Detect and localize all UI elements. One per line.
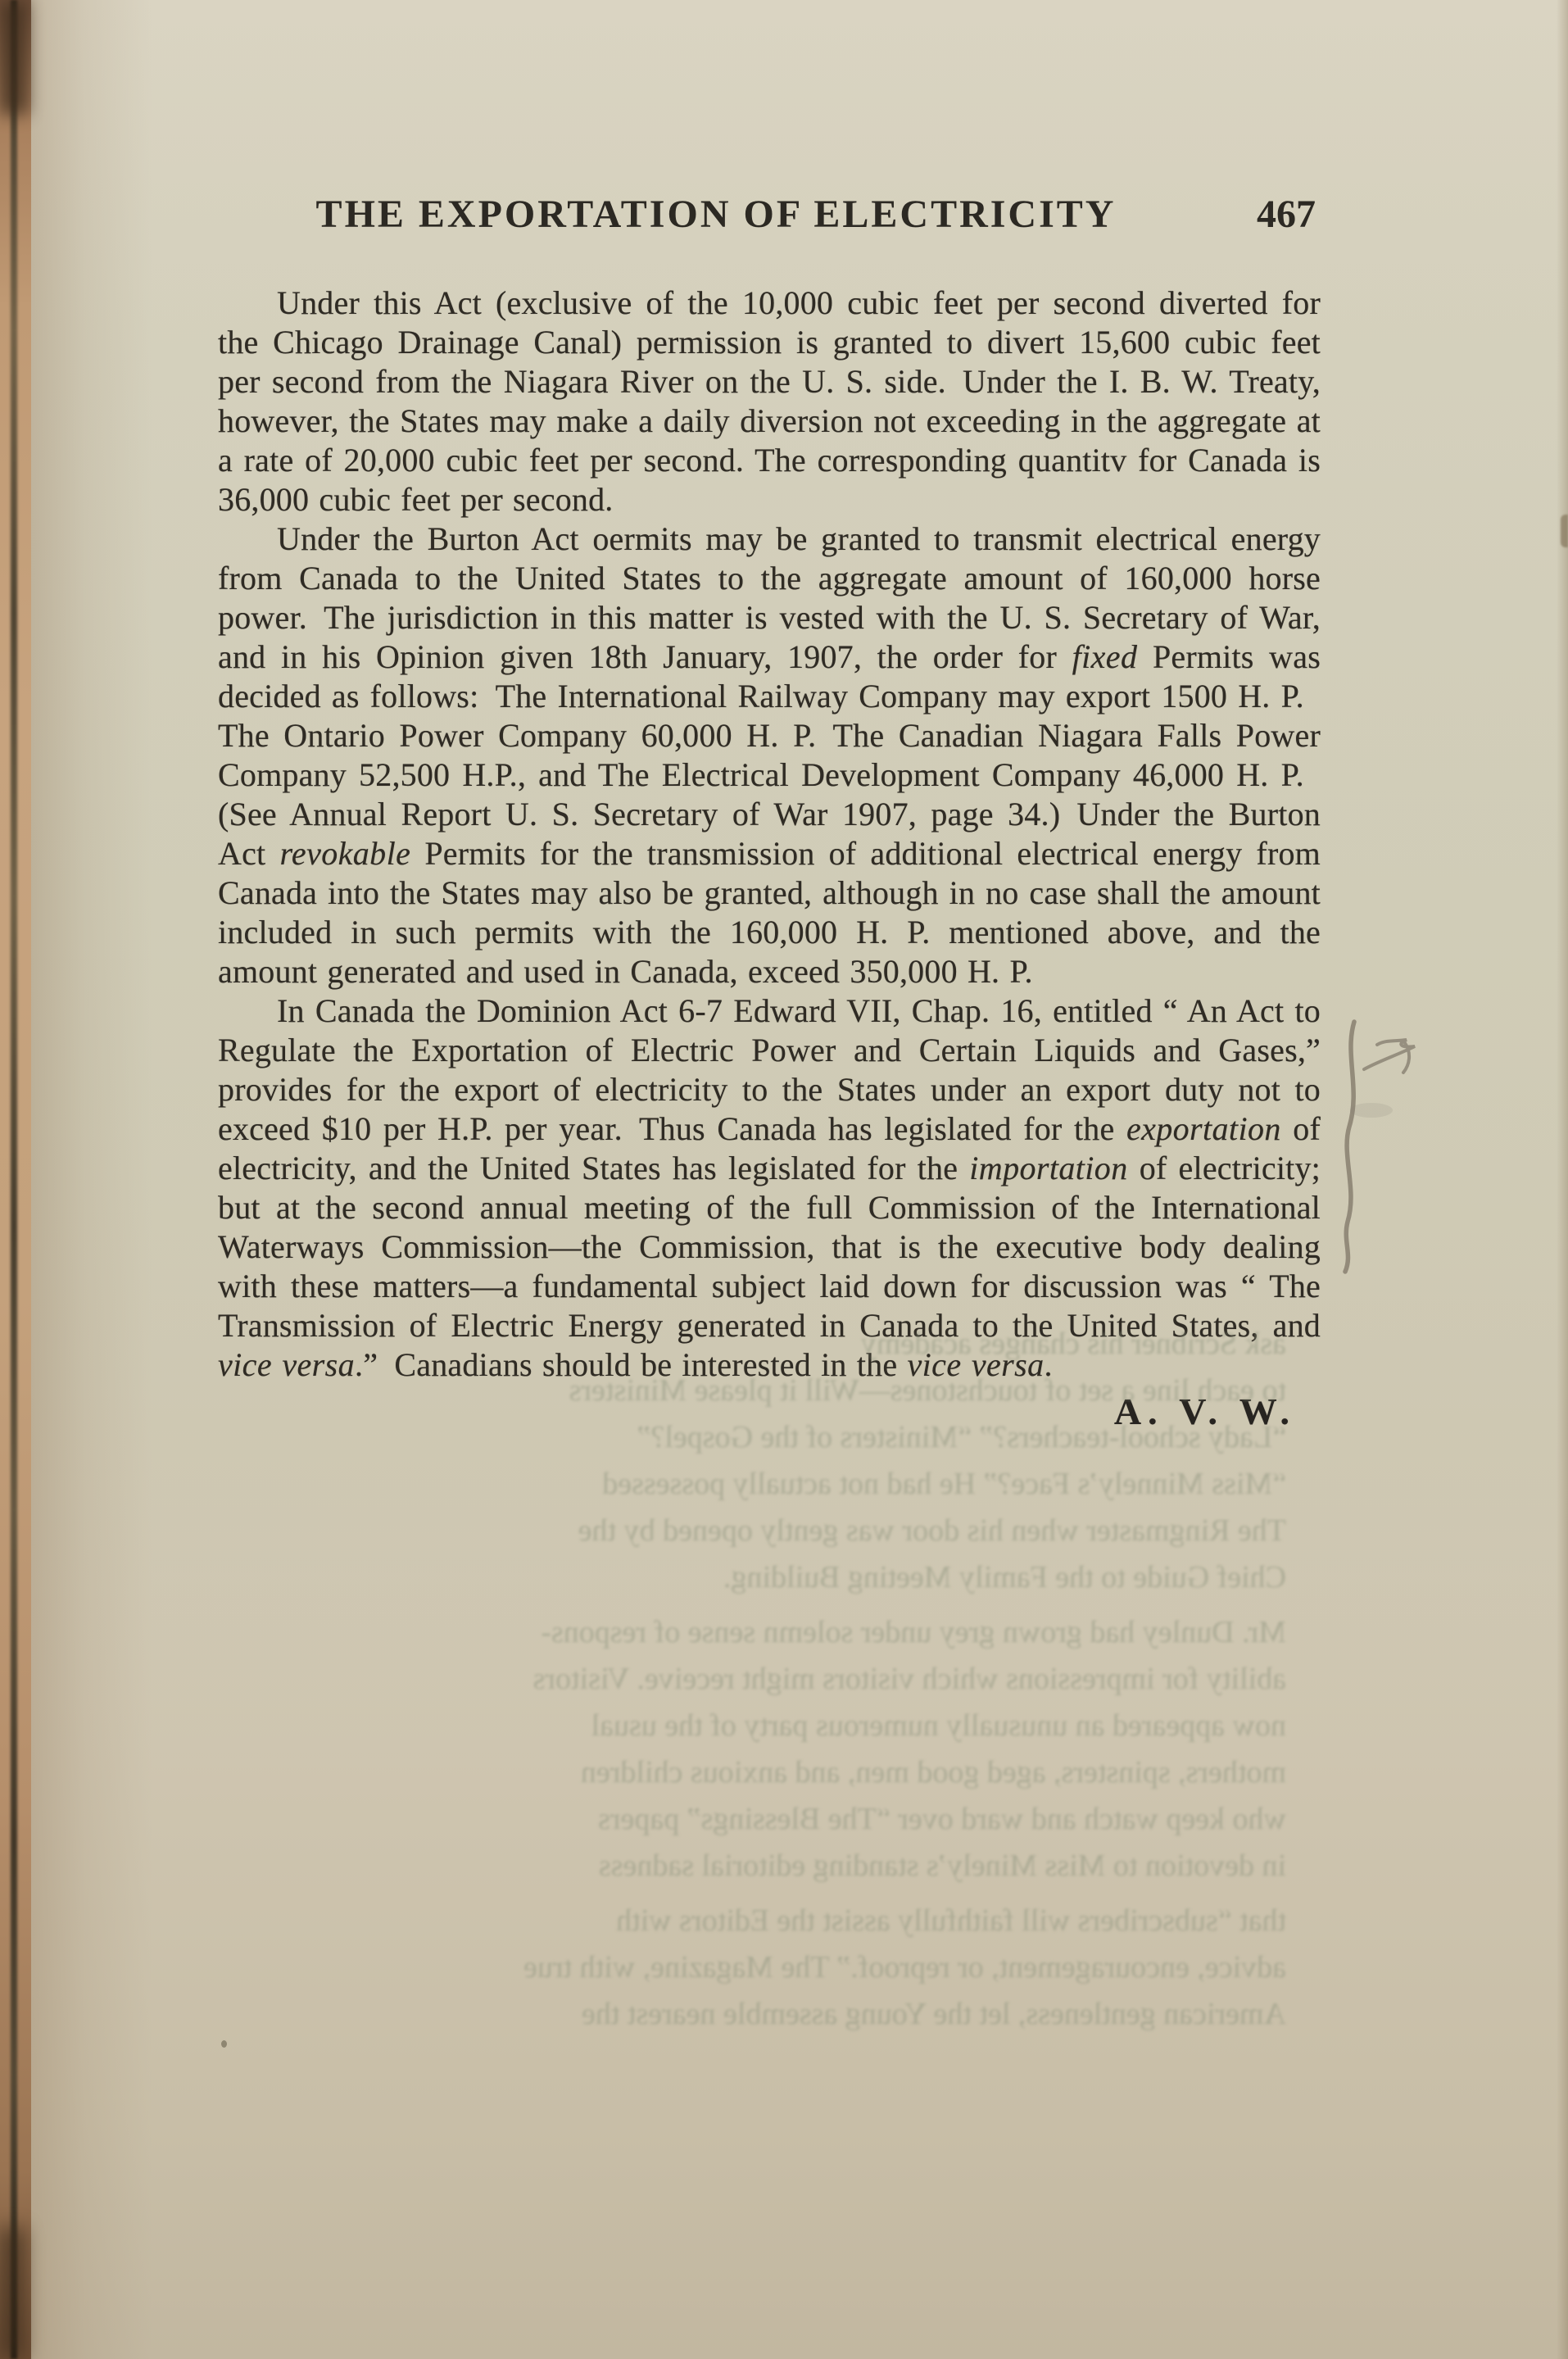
gutter-shadow: [29, 0, 152, 2359]
bleed-through-line: now appeared an unusually numerous party…: [221, 1703, 1286, 1749]
right-edge-mark: [1561, 515, 1568, 547]
bleed-through-line: The Ringmaster when his door was gently …: [221, 1508, 1286, 1554]
page-title: THE EXPORTATION OF ELECTRICITY: [218, 193, 1214, 236]
top-left-corner-shadow: [0, 0, 28, 115]
bleed-through-line: that “subscribers will faithfully assist…: [221, 1898, 1286, 1944]
bleed-through-line: Chief Guide to the Family Meeting Buildi…: [221, 1554, 1286, 1601]
bleed-through-line: “Lady school-teachers?” “Ministers of th…: [221, 1414, 1286, 1461]
pencil-smudge: [1350, 1103, 1393, 1118]
pencil-scribble-mark: [1364, 1040, 1415, 1073]
bleed-through-line: Mr. Dunley had grown grey under solemn s…: [221, 1609, 1286, 1656]
bleed-through-line: mothers, spinsters, aged good men, and a…: [221, 1749, 1286, 1796]
body-text: Under this Act (exclusive of the 10,000 …: [218, 284, 1321, 1385]
paper-speck: [221, 2040, 227, 2048]
bleed-through-line: ask Scribner his changes academy: [221, 1321, 1286, 1368]
right-edge-shadow: [1557, 0, 1568, 2359]
paragraph: Under the Burton Act oermits may be gran…: [218, 519, 1321, 991]
paragraph: Under this Act (exclusive of the 10,000 …: [218, 284, 1321, 519]
bleed-through-line: advice, encouragement, or reproof.” The …: [221, 1944, 1286, 1991]
pencil-wavy-line: [1345, 1022, 1354, 1272]
bleed-through-line: “Miss Minnely’s Face?” He had not actual…: [221, 1461, 1286, 1508]
page-number: 467: [1257, 193, 1316, 236]
text-block: THE EXPORTATION OF ELECTRICITY 467 Under…: [218, 193, 1321, 1433]
pencil-margin-annotation: [1307, 1004, 1487, 1299]
binding-crease-line: [11, 0, 17, 2359]
bleed-through-line: who keep watch and ward over “The Blessi…: [221, 1796, 1286, 1843]
bleed-through-line: ability for impressions which visitors m…: [221, 1656, 1286, 1703]
running-head: THE EXPORTATION OF ELECTRICITY 467: [218, 193, 1321, 236]
scanned-book-page: { "document": { "header": { "title": "TH…: [0, 0, 1568, 2359]
bleed-through-line: to each line a set of touchstones—Will i…: [221, 1368, 1286, 1414]
bottom-left-corner-shadow: [0, 2228, 25, 2359]
bleed-through-line: in devotion to Miss Minely’s standing ed…: [221, 1843, 1286, 1889]
bleed-through-text: ask Scribner his changes academy to each…: [221, 1321, 1286, 2038]
bleed-through-line: American gentleness, let the Young assem…: [221, 1991, 1286, 2038]
